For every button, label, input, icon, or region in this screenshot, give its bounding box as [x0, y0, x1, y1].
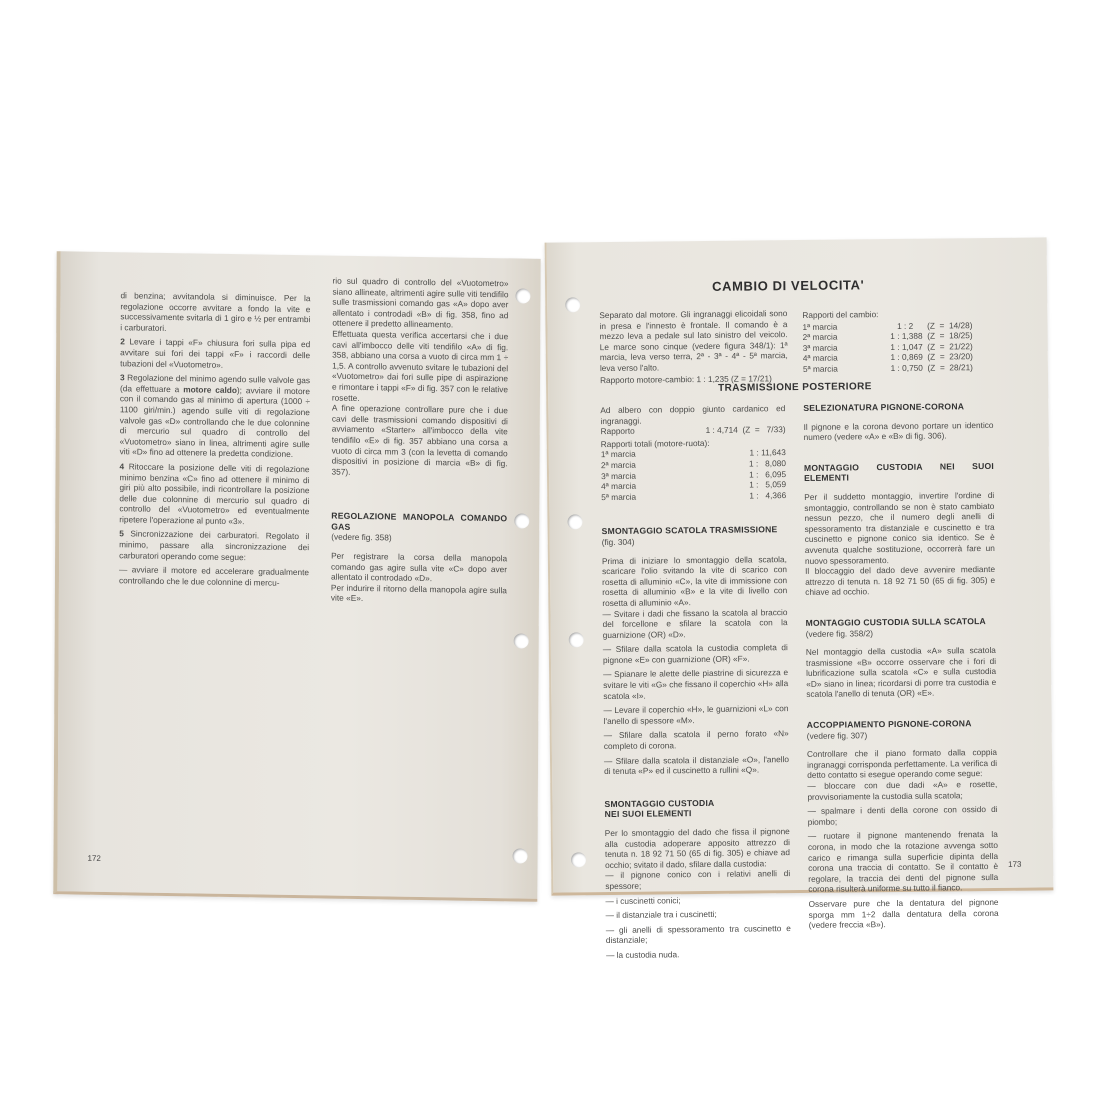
binder-hole	[565, 297, 580, 312]
ratio-value: 1 : 6,095	[749, 469, 786, 480]
binder-hole	[571, 852, 586, 867]
gearbox-ratio-table: 1ª marcia1 : 2 (Z = 14/28)2ª marcia1 : 1…	[802, 320, 973, 375]
section-heading: TRASMISSIONE POSTERIORE	[718, 381, 872, 394]
ratio-row: Rapporto 1 : 4,714 (Z = 7/33)	[601, 424, 786, 437]
paragraph: Il bloccaggio del dado deve avvenire med…	[805, 564, 995, 598]
binder-hole	[513, 848, 528, 863]
ratio-value: 1 : 0,750 (Z = 28/21)	[891, 362, 973, 373]
gearbox-ratios: Rapporti del cambio: 1ª marcia1 : 2 (Z =…	[802, 308, 973, 374]
gear-label: 5ª marcia	[803, 364, 838, 375]
step-5-dash: — avviare il motore ed accelerare gradua…	[119, 564, 309, 588]
gear-label: 2ª marcia	[601, 460, 636, 471]
figure-reference: (fig. 304)	[602, 535, 787, 548]
item-list: — il pignone conico con i relativi anell…	[605, 868, 791, 960]
paragraph: Osservare pure che la dentatura del pign…	[808, 897, 998, 931]
ratio-value: 1 : 11,643	[749, 448, 785, 459]
section-heading: REGOLAZIONE MANOPOLA COMANDO GAS	[331, 511, 507, 535]
gear-label: 3ª marcia	[601, 470, 636, 481]
list-item: — i cuscinetti conici;	[605, 894, 790, 907]
gear-label: 4ª marcia	[601, 481, 636, 492]
step-3: 3 Regolazione del minimo agendo sulle va…	[120, 372, 310, 460]
ratio-value: 1 : 8,080	[749, 458, 786, 469]
binder-hole	[515, 288, 530, 303]
paragraph: A fine operazione controllare pure che i…	[332, 403, 508, 480]
paragraph: Per lo smontaggio del dado che fissa il …	[605, 826, 790, 870]
list-item: — spalmare i denti della corone con ossi…	[808, 804, 998, 827]
list-item: — bloccare con due dadi «A» e rosette, p…	[807, 779, 997, 802]
paragraph: Prima di iniziare lo smontaggio della sc…	[602, 554, 788, 609]
section-heading: MONTAGGIO CUSTODIA SULLA SCATOLA	[806, 616, 996, 629]
paragraph: di benzina; avvitandola si diminuisce. P…	[120, 290, 310, 335]
paragraph: Effettuata questa verifica accertarsi ch…	[332, 329, 508, 406]
binder-hole	[514, 513, 529, 528]
paragraph: Per registrare la corsa della manopola c…	[331, 551, 507, 586]
section-heading: SELEZIONATURA PIGNONE-CORONA	[803, 401, 993, 414]
intro-column: Separato dal motore. Gli ingranaggi elic…	[599, 308, 788, 389]
binder-hole	[567, 514, 582, 529]
ratio-value: 1 : 2 (Z = 14/28)	[897, 320, 973, 331]
page-number: 173	[1008, 860, 1021, 869]
page-title: CAMBIO DI VELOCITA'	[712, 277, 864, 294]
right-page-column-1: Ad albero con doppio giunto cardanico ed…	[600, 403, 791, 964]
ratio-value: 1 : 5,059	[749, 479, 786, 490]
step-list: — Svitare i dadi che fissano la scatola …	[602, 607, 789, 777]
list-item: — gli anelli di spessoramento tra cuscin…	[606, 923, 791, 946]
gear-label: 3ª marcia	[803, 342, 838, 353]
figure-reference: (vedere fig. 307)	[807, 729, 997, 742]
gear-label: 2ª marcia	[803, 332, 838, 343]
figure-reference: (vedere fig. 358)	[331, 532, 507, 545]
list-item: — Levare il coperchio «H», le guarnizion…	[603, 703, 788, 726]
gear-label: 4ª marcia	[803, 353, 838, 364]
table-row: 5ª marcia1 : 4,366	[601, 490, 786, 503]
section-heading: ACCOPPIAMENTO PIGNONE-CORONA	[807, 718, 997, 731]
binder-hole	[569, 632, 584, 647]
gear-label: 1ª marcia	[601, 449, 636, 460]
step-list: — bloccare con due dadi «A» e rosette, p…	[807, 779, 998, 895]
step-5: 5 Sincronizzazione dei carburatori. Rego…	[119, 529, 309, 564]
paragraph: Controllare che il piano formato dalla c…	[807, 747, 997, 781]
table-row: 5ª marcia1 : 0,750 (Z = 28/21)	[803, 362, 973, 374]
section-heading: NEI SUOI ELEMENTI	[605, 808, 790, 821]
binder-hole	[514, 633, 529, 648]
left-page: di benzina; avvitandola si diminuisce. P…	[53, 251, 540, 902]
gearbox-ratios-label: Rapporti del cambio:	[802, 308, 972, 320]
paragraph: Per il suddetto montaggio, invertire l'o…	[804, 490, 995, 566]
list-item: — Sfilare dalla scatola il perno forato …	[604, 729, 789, 752]
right-page: CAMBIO DI VELOCITA' Separato dal motore.…	[545, 237, 1054, 895]
page-number: 172	[87, 854, 100, 863]
left-page-column-2: rio sul quadro di controllo del «Vuotome…	[331, 276, 509, 611]
section-heading: SMONTAGGIO SCATOLA TRASMISSIONE	[602, 524, 787, 537]
step-4: 4 Ritoccare la posizione delle viti di r…	[119, 461, 309, 528]
gear-label: 1ª marcia	[802, 321, 837, 332]
figure-reference: (vedere fig. 358/2)	[806, 626, 996, 639]
left-page-column-1: di benzina; avvitandola si diminuisce. P…	[119, 290, 311, 592]
list-item: — il pignone conico con i relativi anell…	[605, 868, 790, 891]
paragraph: Per indurire il ritorno della manopola a…	[331, 582, 507, 606]
paragraph: Ad albero con doppio giunto cardanico ed…	[600, 403, 785, 426]
paragraph: Separato dal motore. Gli ingranaggi elic…	[599, 308, 788, 374]
step-2: 2 Levare i tappi «F» chiusura fori sulla…	[120, 337, 310, 372]
right-page-column-2: SELEZIONATURA PIGNONE-CORONA Il pignone …	[803, 401, 999, 931]
section-heading: MONTAGGIO CUSTODIA NEI SUOI ELEMENTI	[804, 461, 994, 484]
paragraph: Nel montaggio della custodia «A» sulla s…	[806, 645, 997, 700]
gear-label: 5ª marcia	[601, 491, 636, 502]
total-ratio-table: 1ª marcia1 : 11,6432ª marcia1 : 8,0803ª …	[601, 448, 787, 503]
paragraph: rio sul quadro di controllo del «Vuotome…	[332, 276, 508, 332]
list-item: — la custodia nuda.	[606, 948, 791, 961]
paragraph: Il pignone e la corona devono portare un…	[803, 420, 993, 443]
list-item: — Svitare i dadi che fissano la scatola …	[602, 607, 787, 641]
list-item: — Sfilare dalla scatola il distanziale «…	[604, 754, 789, 777]
list-item: — Spianare le alette delle piastrine di …	[603, 668, 788, 702]
list-item: — ruotare il pignone mantenendo frenata …	[808, 829, 999, 895]
list-item: — il distanziale tra i cuscinetti;	[606, 908, 791, 921]
ratio-value: 1 : 4,366	[749, 490, 786, 501]
list-item: — Sfilare dalla scatola la custodia comp…	[603, 642, 788, 665]
